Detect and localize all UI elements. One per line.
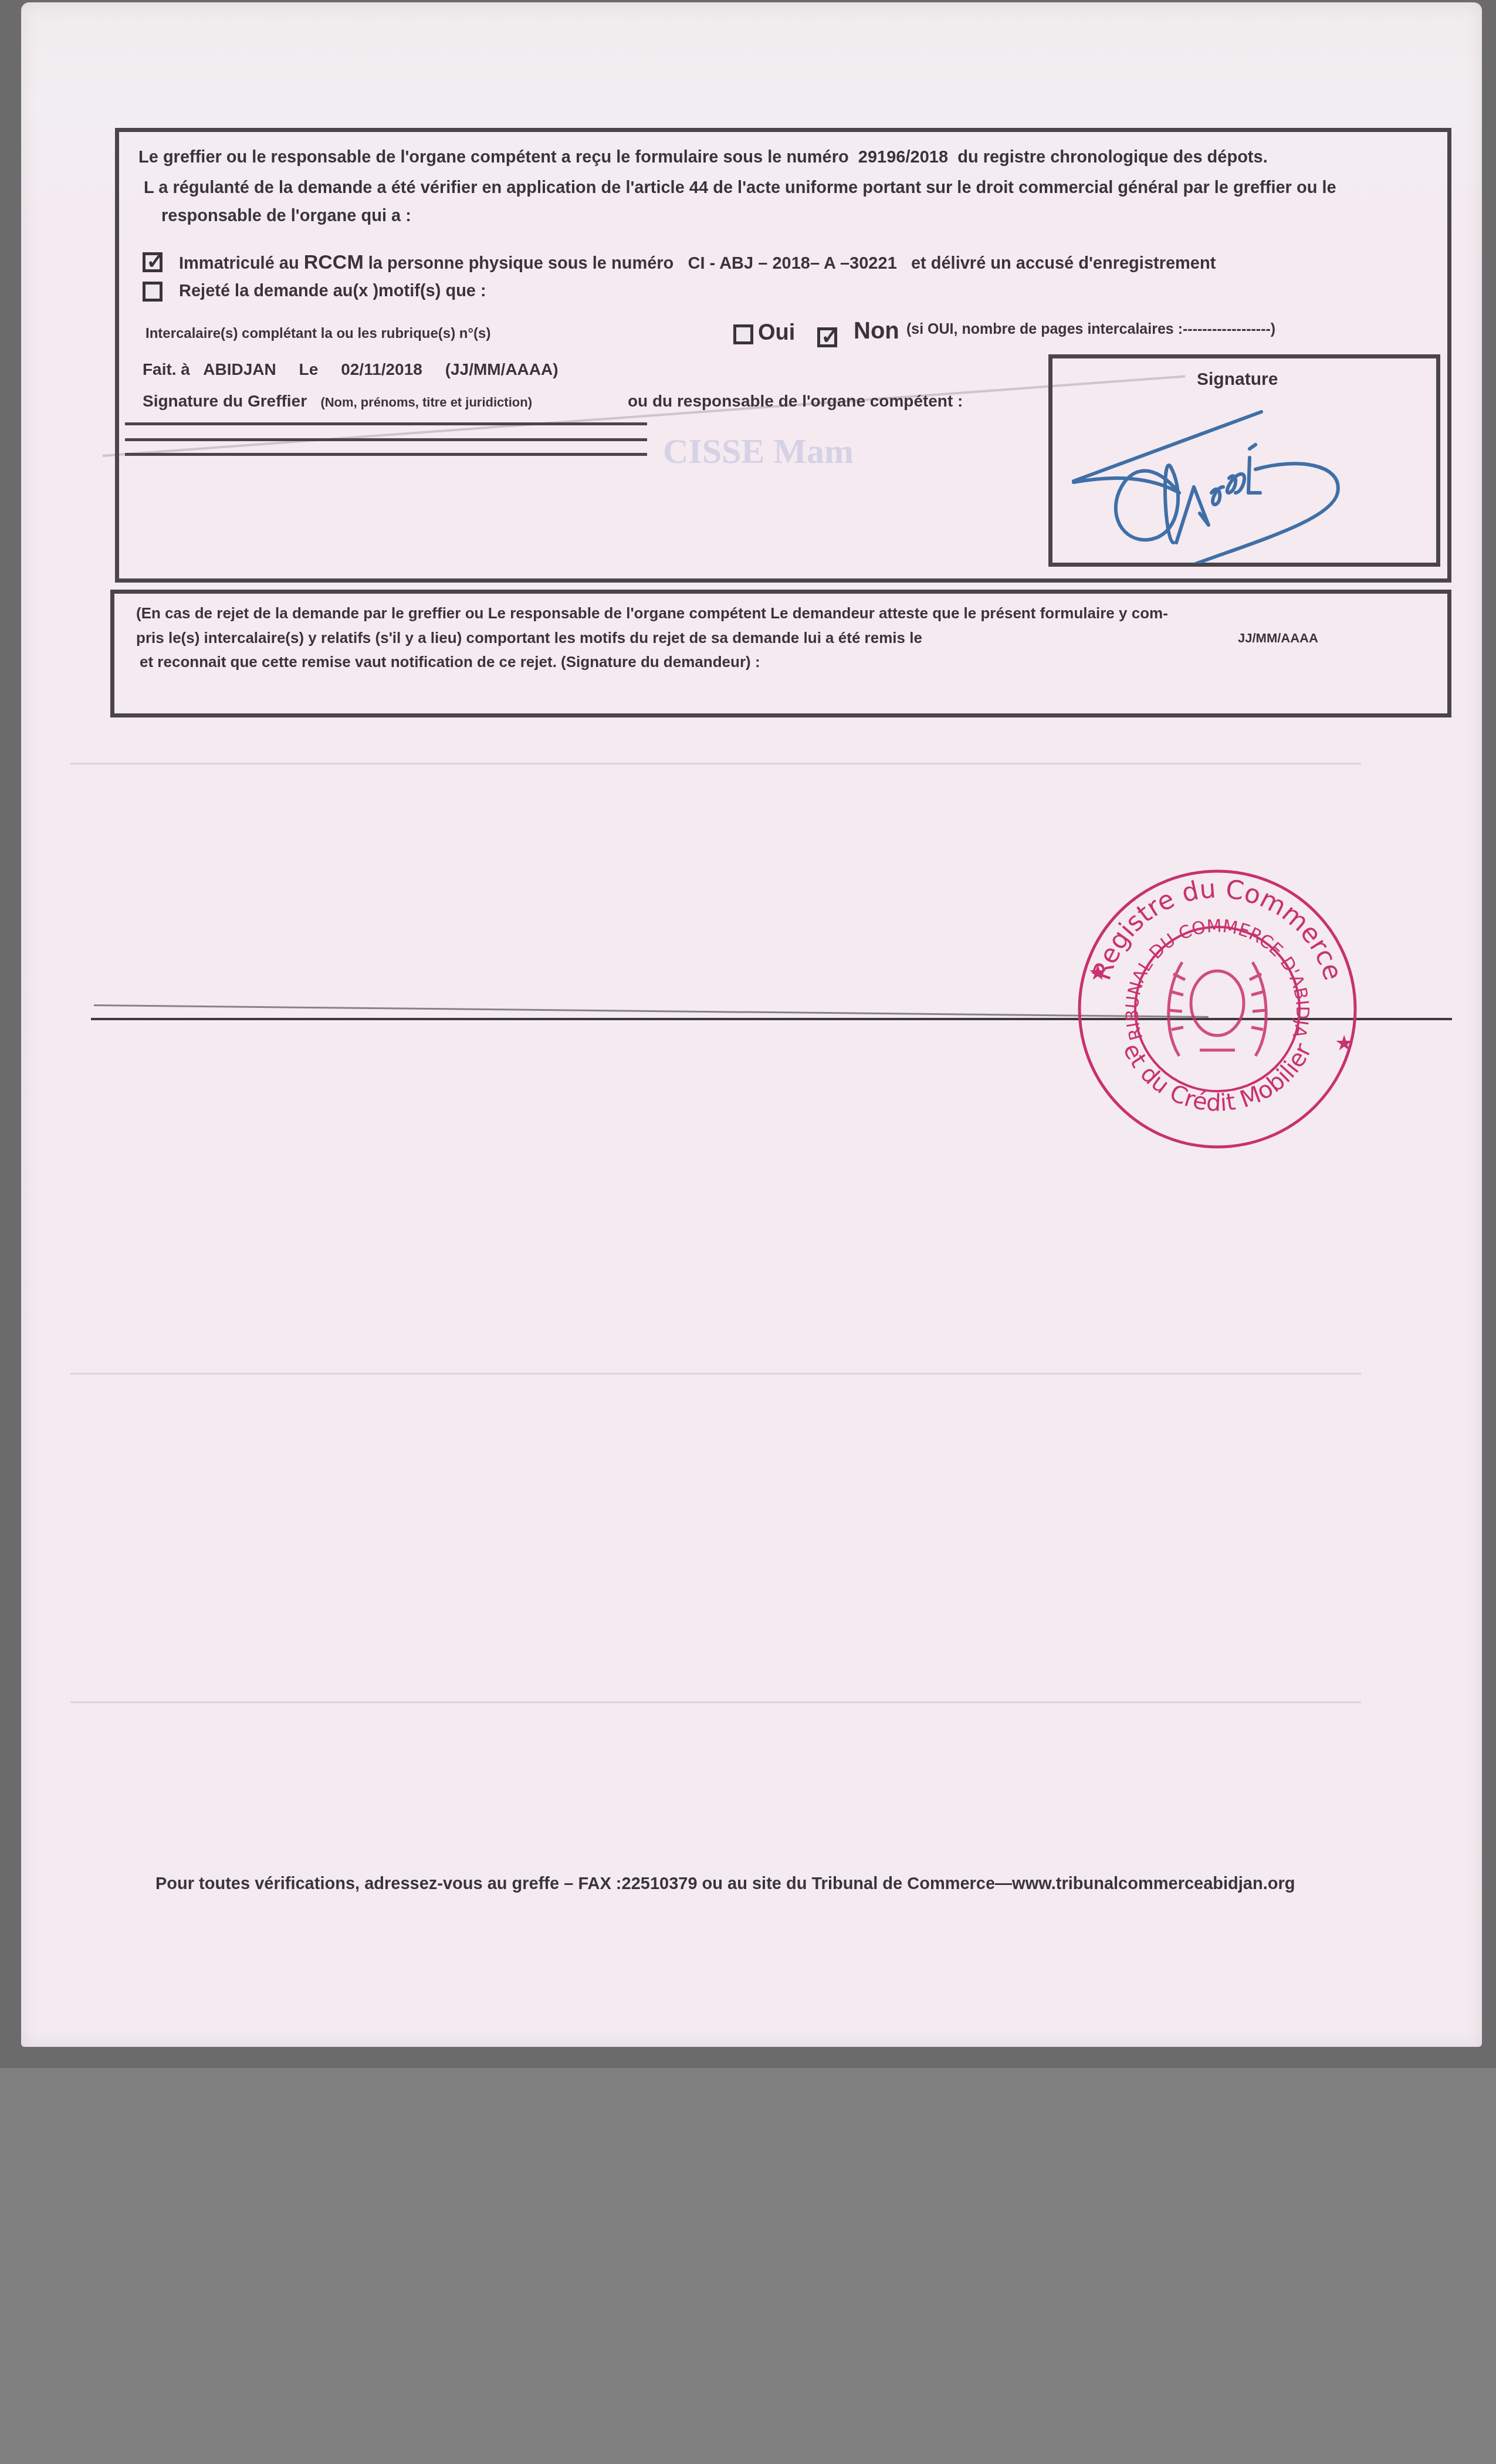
signature-line-2[interactable] [125, 438, 647, 441]
non-label: Non [854, 318, 899, 344]
signature-box-title: Signature [1197, 370, 1278, 390]
bleed-through-line [70, 763, 1361, 764]
signature-line-3[interactable] [125, 453, 647, 456]
fait-a-line: Fait. à ABIDJAN Le 02/11/2018 (JJ/MM/AAA… [143, 360, 559, 379]
fait-le-date: 02/11/2018 [341, 360, 422, 378]
immatricule-label: Immatriculé au RCCM la personne physique… [179, 251, 1216, 274]
regularity-line: L a régulanté de la demande a été vérifi… [144, 178, 1336, 198]
signature-greffier-line: Signature du Greffier (Nom, prénoms, tit… [143, 392, 532, 411]
rejet-line-3: et reconnait que cette remise vaut notif… [140, 653, 760, 671]
rccm-number: CI - ABJ – 2018– A –30221 [688, 254, 896, 273]
bleed-through-line [70, 1701, 1361, 1703]
fait-a-city: ABIDJAN [203, 360, 276, 378]
oui-checkbox[interactable] [733, 324, 753, 344]
rccm-label: RCCM [304, 251, 364, 273]
signature-line-1[interactable] [125, 422, 647, 425]
rejet-date-format: JJ/MM/AAAA [1238, 631, 1318, 646]
registration-number: 29196/2018 [858, 148, 948, 167]
regularity-line-cont: responsable de l'organe qui a : [161, 207, 411, 226]
handwritten-signature [1062, 399, 1390, 563]
non-checkbox[interactable] [817, 327, 837, 347]
svg-text:★: ★ [1088, 961, 1107, 985]
rejet-line-2: pris le(s) intercalaire(s) y relatifs (s… [136, 629, 922, 647]
receipt-line: Le greffier ou le responsable de l'organ… [138, 148, 1268, 167]
receipt-prefix: Le greffier ou le responsable de l'organ… [138, 148, 849, 167]
rejete-checkbox[interactable] [143, 282, 163, 302]
tribunal-stamp: Registre du Commerce et du Crédit Mobili… [1065, 857, 1370, 1162]
intercalaires-pages-note: (si OUI, nombre de pages intercalaires :… [906, 321, 1275, 338]
intercalaires-label: Intercalaire(s) complétant la ou les rub… [145, 326, 490, 342]
oui-label: Oui [758, 320, 795, 346]
bleed-through-line [70, 1373, 1361, 1375]
svg-text:★: ★ [1335, 1031, 1353, 1055]
scanner-bottom-area [0, 2068, 1496, 2464]
footer-verification-text: Pour toutes vérifications, adressez-vous… [155, 1874, 1295, 1894]
ou-responsable-label: ou du responsable de l'organe compétent … [628, 392, 963, 411]
rejet-line-1: (En cas de rejet de la demande par le gr… [136, 604, 1168, 622]
rejete-label: Rejeté la demande au(x )motif(s) que : [179, 282, 486, 301]
immatricule-checkbox[interactable] [143, 252, 163, 272]
receipt-suffix: du registre chronologique des dépots. [957, 148, 1268, 167]
